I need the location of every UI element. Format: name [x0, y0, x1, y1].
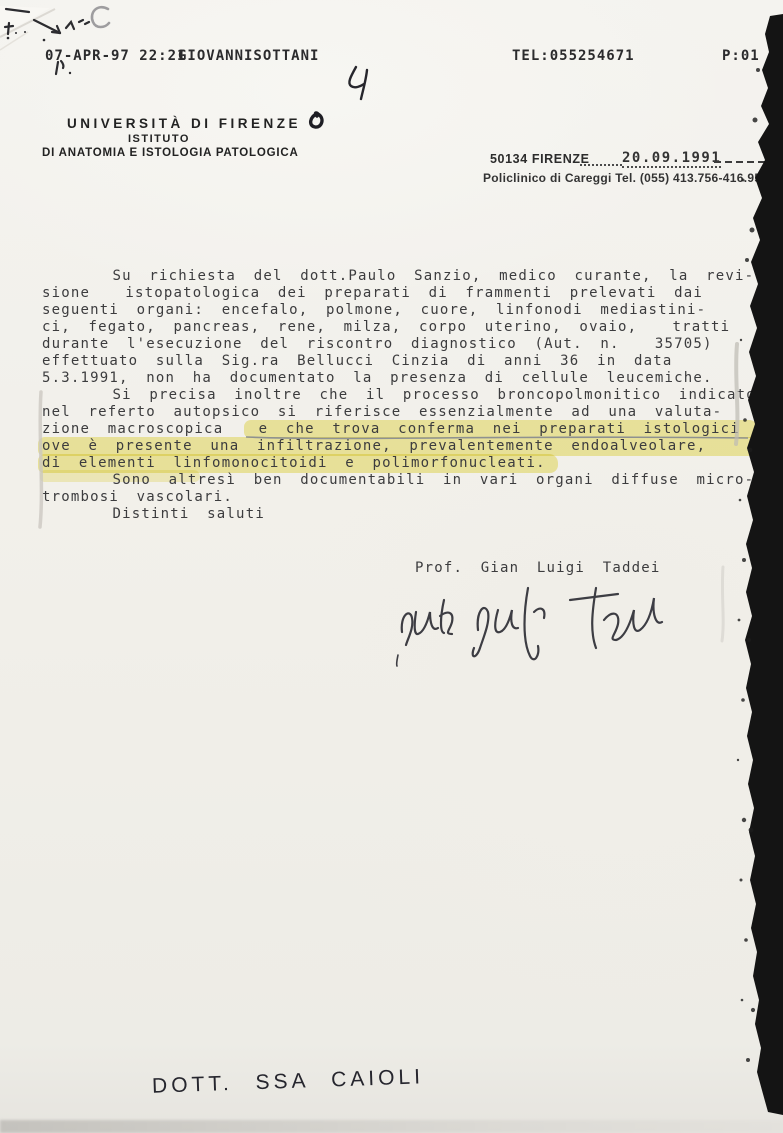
- body-line: 5.3.1991, non ha documentato la presenza…: [42, 370, 713, 387]
- handwritten-4-mark: [349, 67, 367, 99]
- body-line: ci, fegato, pancreas, rene, milza, corpo…: [42, 319, 730, 336]
- body-line: durante l'esecuzione del riscontro diagn…: [42, 336, 713, 353]
- fax-sender: GIOVANNISOTTANI: [178, 48, 319, 64]
- letterhead-department: DI ANATOMIA E ISTOLOGIA PATOLOGICA: [42, 147, 299, 159]
- body-line: trombosi vascolari.: [42, 489, 233, 506]
- scan-bottom-edge: [0, 1120, 783, 1133]
- body-line: Sono altresì ben documentabili in vari o…: [42, 472, 754, 489]
- body-line: Su richiesta del dott.Paulo Sanzio, medi…: [42, 268, 754, 285]
- fax-page-number: P:01: [722, 48, 760, 64]
- signature: [397, 588, 662, 666]
- letterhead-university: UNIVERSITÀ DI FIRENZE: [67, 116, 301, 131]
- document-date: 20.09.1991: [622, 150, 721, 168]
- address-city: 50134 FIRENZE: [490, 152, 590, 166]
- pencil-margin-line-faint: [722, 567, 723, 641]
- body-line: di elementi linfomonocitoidi e polimorfo…: [42, 455, 546, 472]
- body-line: nel referto autopsico si riferisce essen…: [42, 404, 722, 421]
- body-line: ove è presente una infiltrazione, preval…: [42, 438, 706, 455]
- letterhead-institute: ISTITUTO: [128, 133, 190, 145]
- date-dash-line: [714, 161, 768, 163]
- body-line: sione istopatologica dei preparati di fr…: [42, 285, 703, 302]
- fax-tel: TEL:055254671: [512, 48, 635, 64]
- signer-name: Prof. Gian Luigi Taddei: [415, 560, 660, 577]
- handwritten-0-mark: [311, 113, 322, 127]
- pen-scribble-mark: [5, 9, 89, 74]
- paper-crease: [0, 6, 55, 50]
- body-line: Si precisa inoltre che il processo bronc…: [42, 387, 756, 404]
- handwritten-c-mark: [92, 7, 109, 27]
- fax-timestamp: 07-APR-97 22:21: [45, 48, 186, 64]
- body-line: seguenti organi: encefalo, polmone, cuor…: [42, 302, 706, 319]
- handwritten-bottom-note: DOTT. SSA CAIOLI: [152, 1065, 425, 1098]
- handwriting-overlay: [0, 0, 783, 1133]
- address-policlinico: Policlinico di Careggi Tel. (055) 413.75…: [483, 171, 768, 185]
- date-dotted-leader: [580, 152, 622, 166]
- body-line: effettuato sulla Sig.ra Bellucci Cinzia …: [42, 353, 672, 370]
- scanned-fax-document: 07-APR-97 22:21 GIOVANNISOTTANI TEL:0552…: [0, 0, 783, 1133]
- body-line: zione macroscopica e che trova conferma …: [42, 421, 740, 438]
- body-line: Distinti saluti: [42, 506, 265, 523]
